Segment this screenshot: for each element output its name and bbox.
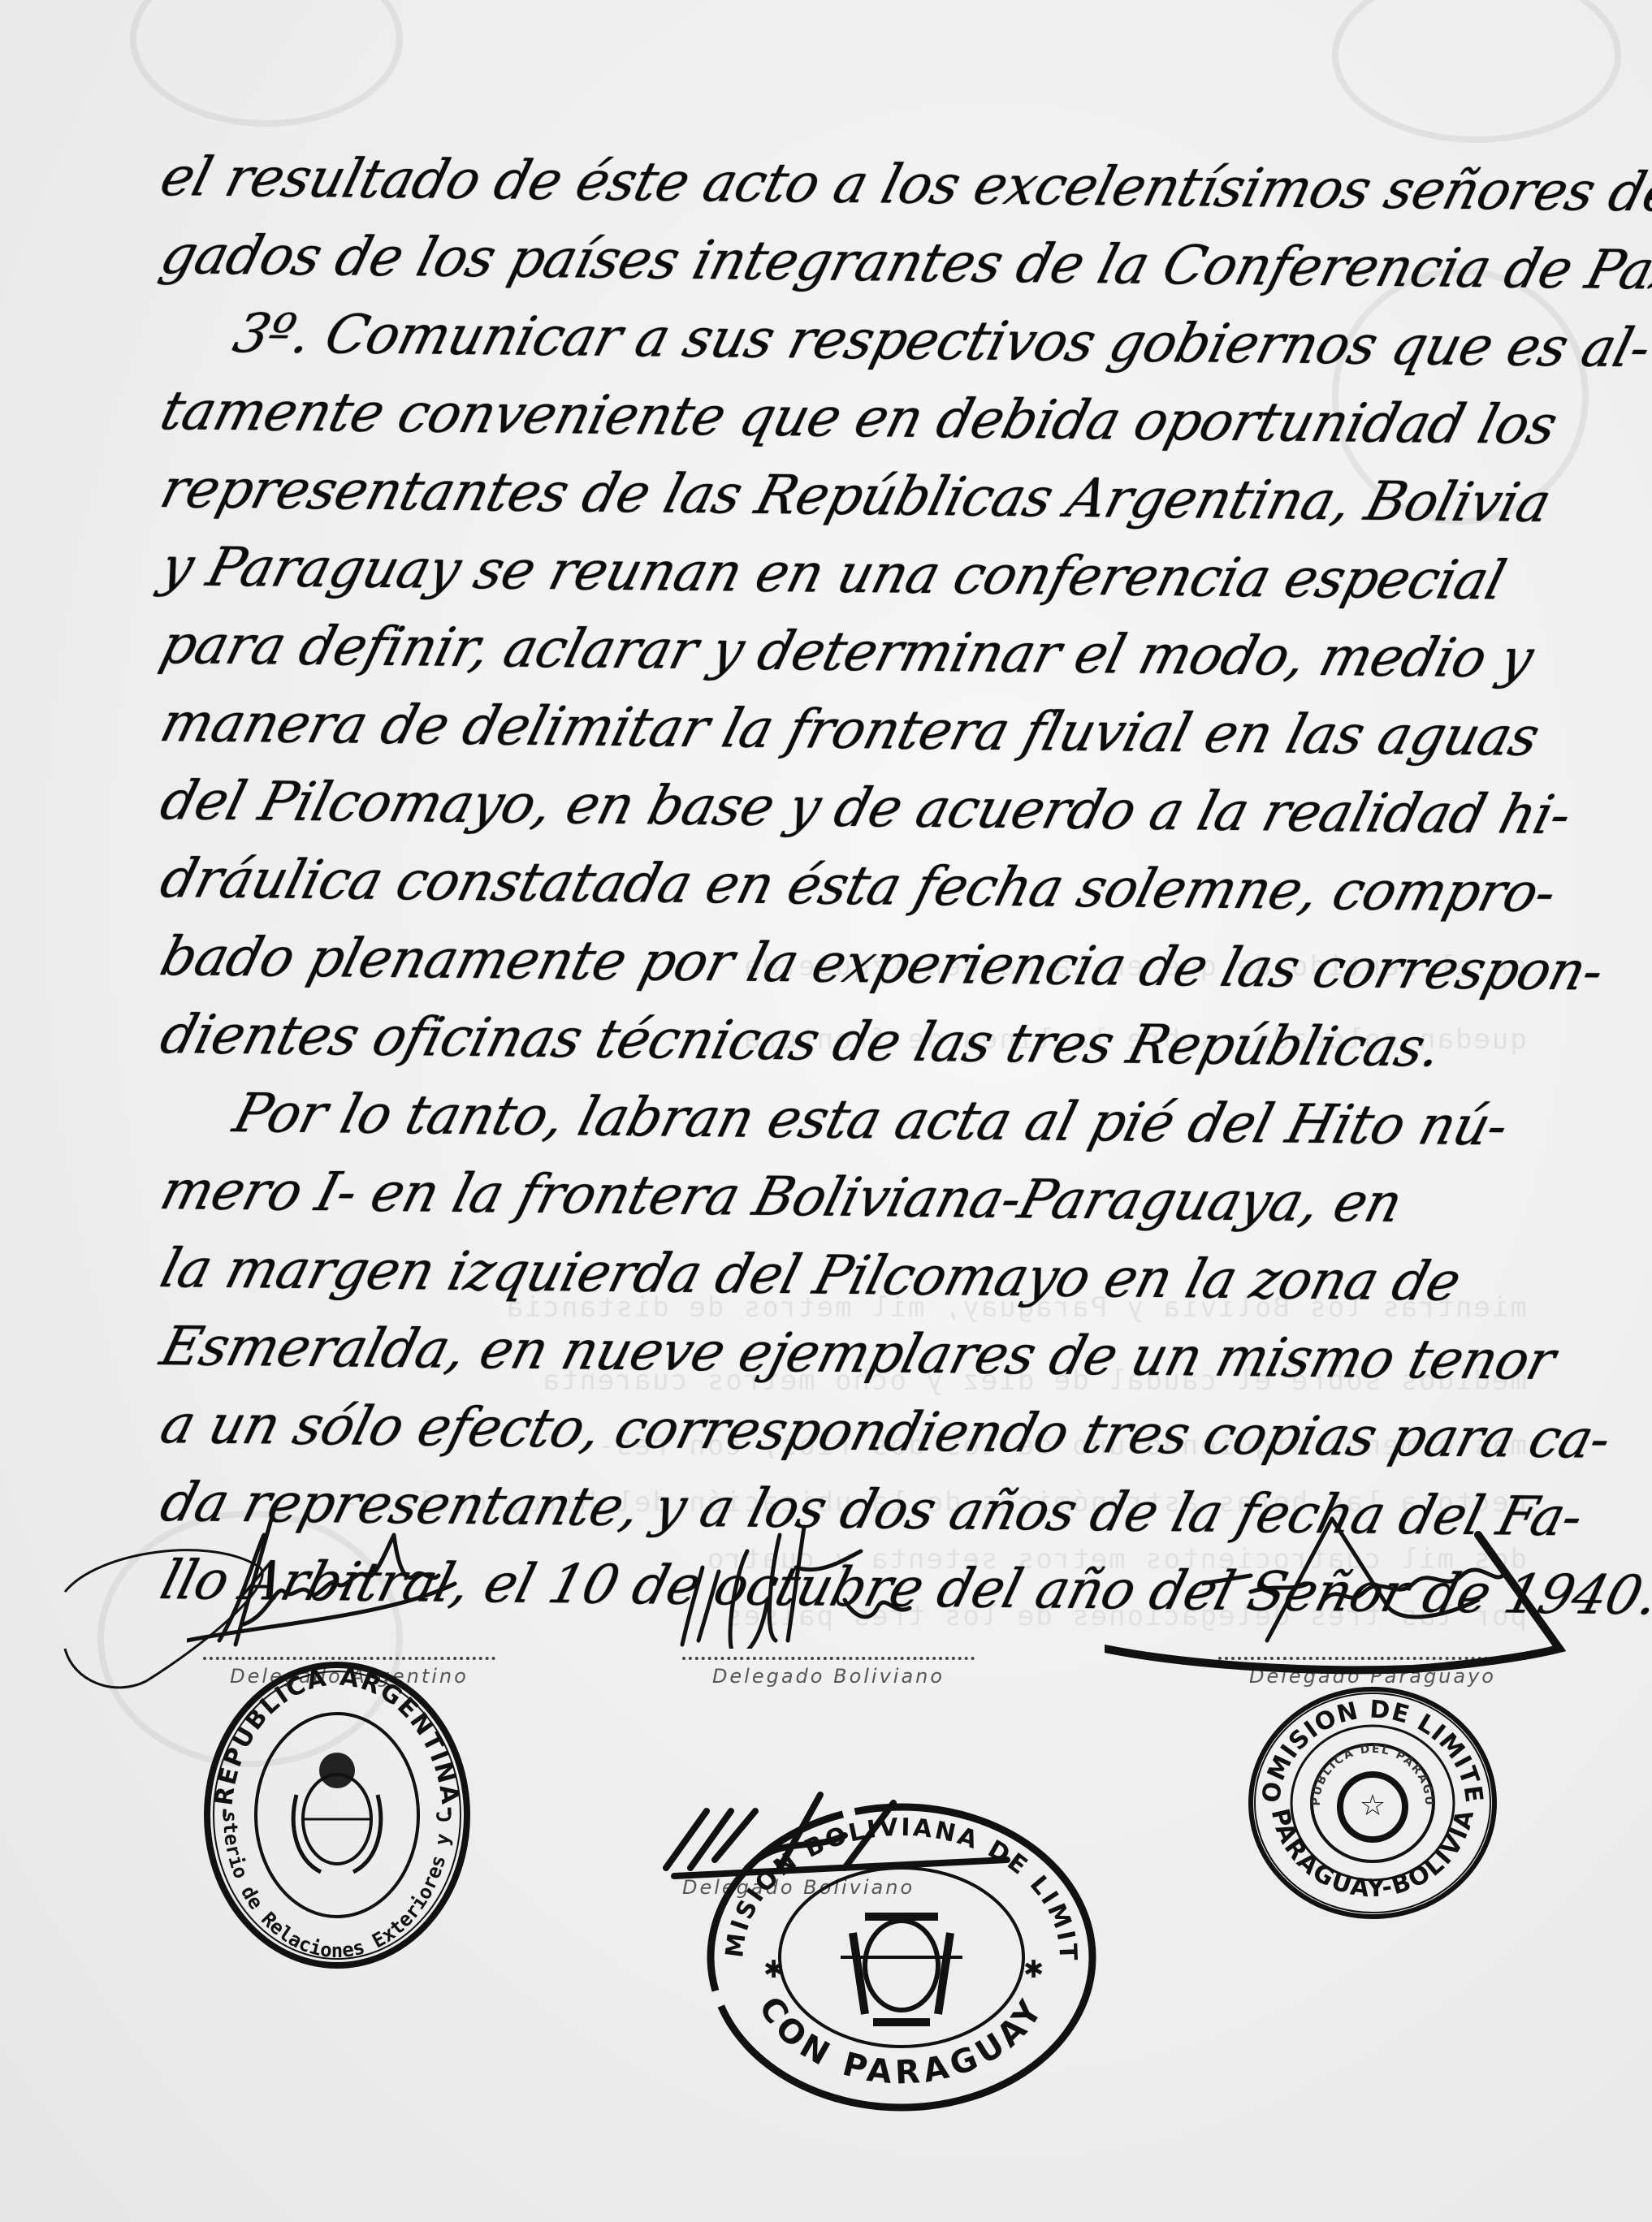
bolivia-seal-icon: COMISION BOLIVIANA DE LIMITES CON PARAGU… xyxy=(703,1795,1101,2120)
signature-line xyxy=(682,1657,975,1660)
argentina-seal-icon: -REPUBLICA ARGENTINA- Ministerio de Rela… xyxy=(199,1657,475,1973)
svg-text:CON PARAGUAY: CON PARAGUAY xyxy=(751,1991,1052,2092)
signature-flourish-icon xyxy=(1105,1527,1592,1689)
seal-comision-boliviana: COMISION BOLIVIANA DE LIMITES CON PARAGU… xyxy=(703,1795,1101,2120)
signature-label: Delegado Boliviano xyxy=(666,1665,991,1688)
signature-bolivia: Delegado Boliviano xyxy=(666,1502,991,1689)
bleed-through-seal xyxy=(130,0,403,127)
svg-text:COMISION BOLIVIANA DE LIMITES: COMISION BOLIVIANA DE LIMITES xyxy=(703,1795,1082,1963)
seal-comision-limites-paraguay: COMISION DE LIMITES PARAGUAY-BOLIVIA REP… xyxy=(1247,1685,1498,1921)
star-icon: ☆ xyxy=(1360,1789,1386,1822)
paraguay-seal-icon: COMISION DE LIMITES PARAGUAY-BOLIVIA REP… xyxy=(1247,1685,1498,1921)
scanned-document-page: en el sentido de que en la margen izquie… xyxy=(0,0,1652,2222)
handwritten-body: el resultado de éste acto a los excelent… xyxy=(162,138,1624,1619)
svg-text:-REPUBLICA ARGENTINA-: -REPUBLICA ARGENTINA- xyxy=(210,1663,465,1819)
signature-scribble-icon xyxy=(666,1502,991,1649)
bleed-through-seal xyxy=(1332,0,1621,143)
star-icon: ✱ xyxy=(763,1956,784,1984)
seal-republica-argentina: -REPUBLICA ARGENTINA- Ministerio de Rela… xyxy=(199,1657,475,1973)
star-icon: ✱ xyxy=(1023,1956,1044,1984)
